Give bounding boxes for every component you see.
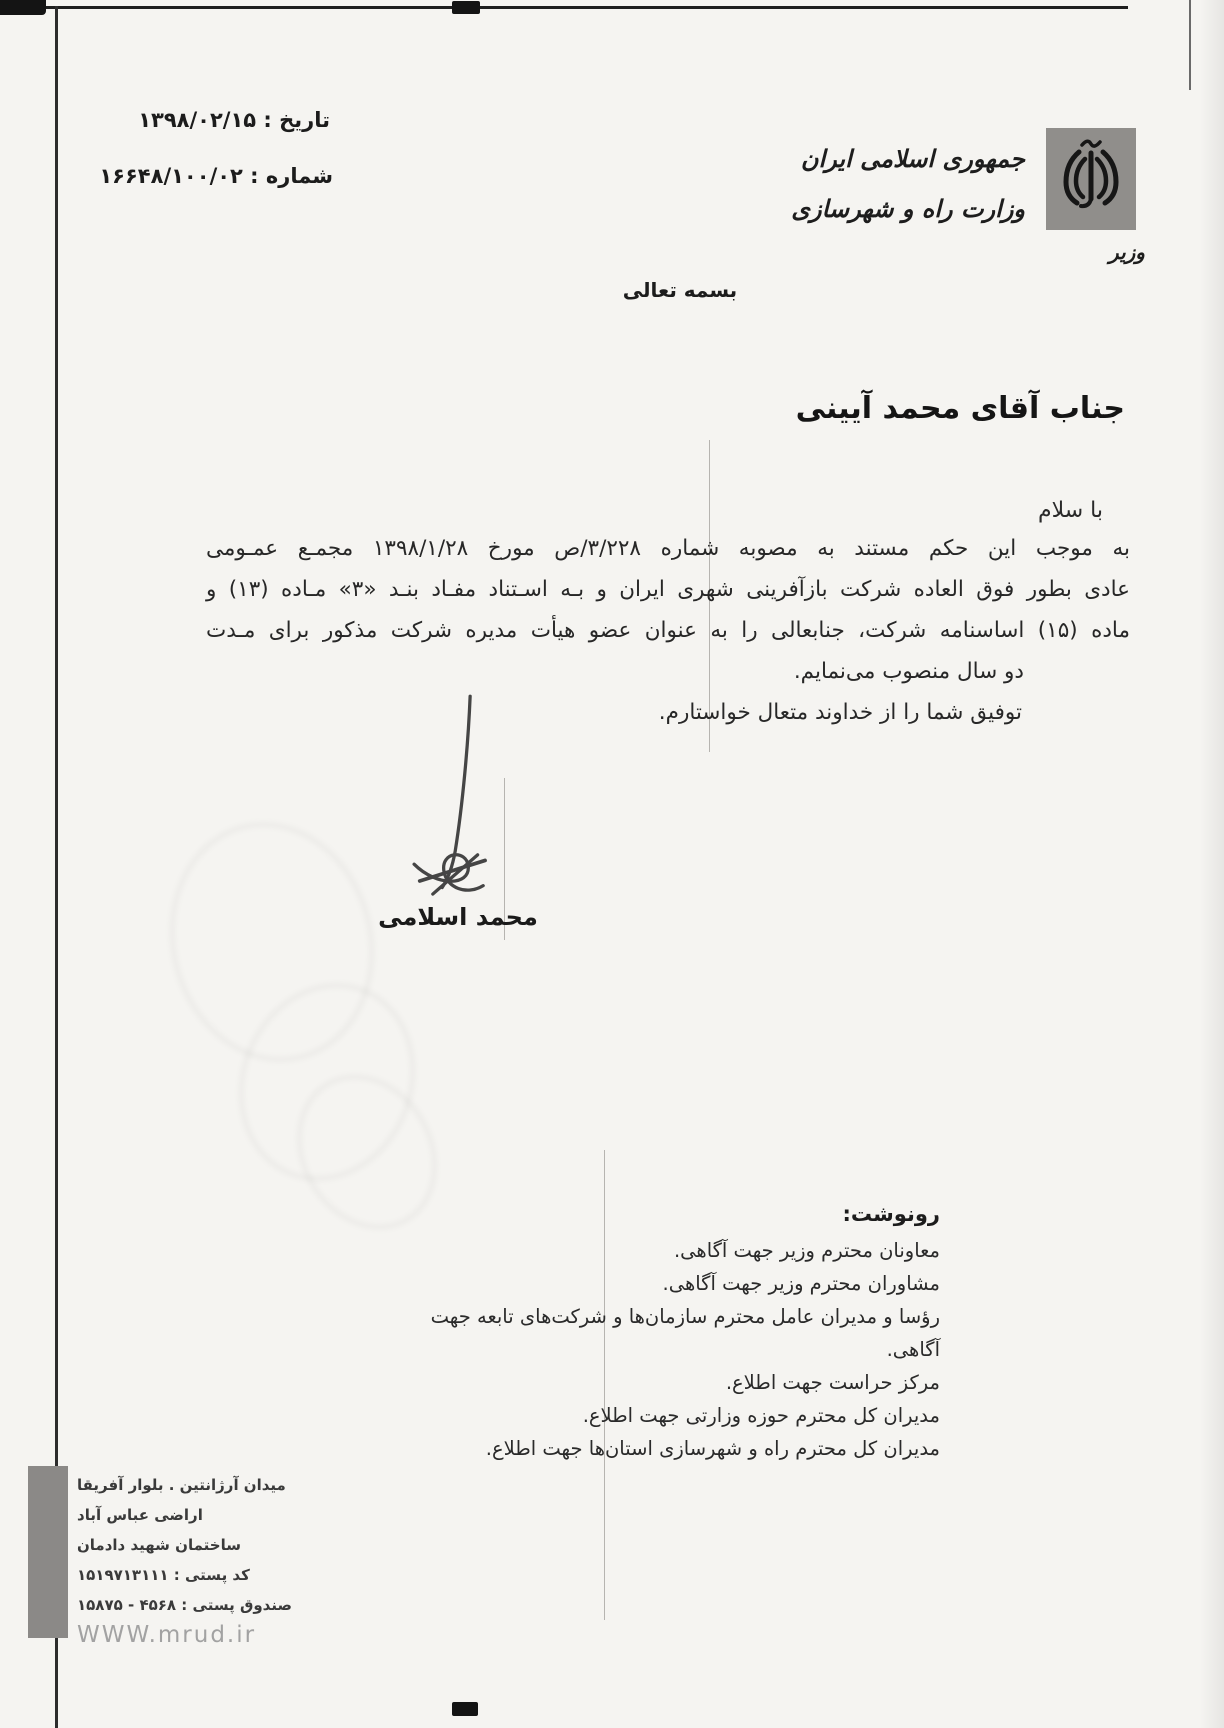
cc-item: معاونان محترم وزیر جهت آگاهی. — [378, 1234, 940, 1267]
cc-section: رونوشت: معاونان محترم وزیر جهت آگاهی. مش… — [378, 1202, 940, 1465]
footer-address: میدان آرژانتین . بلوار آفریقا اراضی عباس… — [77, 1470, 407, 1648]
letter-number: شماره : ۱۶۶۴۸/۱۰۰/۰۲ — [70, 164, 333, 188]
emblem-box — [1046, 128, 1136, 230]
address-line: اراضی عباس آباد — [77, 1500, 407, 1530]
cc-item: مشاوران محترم وزیر جهت آگاهی. — [378, 1267, 940, 1300]
minister-title: وزیر — [1096, 240, 1158, 264]
footer-accent-bar — [28, 1466, 68, 1638]
body-line: ماده (۱۵) اساسنامه شرکت، جنابعالی را به … — [206, 610, 1130, 651]
letterhead-ministry: وزارت راه و شهرسازی — [600, 184, 1025, 234]
website-url: WWW.mrud.ir — [77, 1622, 407, 1648]
salutation: با سلام — [206, 498, 1130, 523]
page-border-right-segment — [1189, 0, 1191, 90]
page-border-top — [0, 6, 1128, 9]
cc-item: رؤسا و مدیران عامل محترم سازمان‌ها و شرک… — [378, 1300, 940, 1366]
letter-date: تاریخ : ۱۳۹۸/۰۲/۱۵ — [70, 108, 330, 132]
cc-title: رونوشت: — [378, 1202, 940, 1226]
address-line: میدان آرژانتین . بلوار آفریقا — [77, 1470, 407, 1500]
po-box-line: صندوق پستی : ۴۵۶۸ - ۱۵۸۷۵ — [77, 1590, 407, 1620]
body-line: دو سال منصوب می‌نمایم. — [206, 651, 1130, 692]
postal-code-line: کد پستی : ۱۵۱۹۷۱۳۱۱۱ — [77, 1560, 407, 1590]
letter-body: به موجب این حکم مستند به مصوبه شماره ۳/۲… — [206, 528, 1130, 733]
scan-edge-shadow — [1200, 0, 1224, 1728]
letterhead: جمهوری اسلامی ایران وزارت راه و شهرسازی — [600, 134, 1025, 234]
signature-scribble — [388, 690, 528, 922]
body-closing-line: توفیق شما را از خداوند متعال خواستارم. — [206, 692, 1130, 733]
iran-allah-emblem-icon — [1059, 136, 1123, 222]
scanned-official-letter: تاریخ : ۱۳۹۸/۰۲/۱۵ شماره : ۱۶۶۴۸/۱۰۰/۰۲ … — [0, 0, 1224, 1728]
scan-mark-top-left — [0, 0, 46, 15]
cc-item: مدیران کل محترم راه و شهرسازی استان‌ها ج… — [378, 1432, 940, 1465]
signatory-name: محمد اسلامی — [378, 903, 538, 931]
cc-item: مرکز حراست جهت اطلاع. — [378, 1366, 940, 1399]
addressee-name: جناب آقای محمد آیینی — [700, 391, 1125, 426]
body-line: به موجب این حکم مستند به مصوبه شماره ۳/۲… — [206, 528, 1130, 569]
scan-mark-top-center — [452, 1, 480, 14]
besmele-line: بسمه تعالی — [610, 278, 750, 302]
scan-mark-bottom-center — [452, 1702, 478, 1716]
letterhead-country: جمهوری اسلامی ایران — [600, 134, 1025, 184]
address-line: ساختمان شهید دادمان — [77, 1530, 407, 1560]
cc-item: مدیران کل محترم حوزه وزارتی جهت اطلاع. — [378, 1399, 940, 1432]
body-line: عادی بطور فوق العاده شرکت بازآفرینی شهری… — [206, 569, 1130, 610]
